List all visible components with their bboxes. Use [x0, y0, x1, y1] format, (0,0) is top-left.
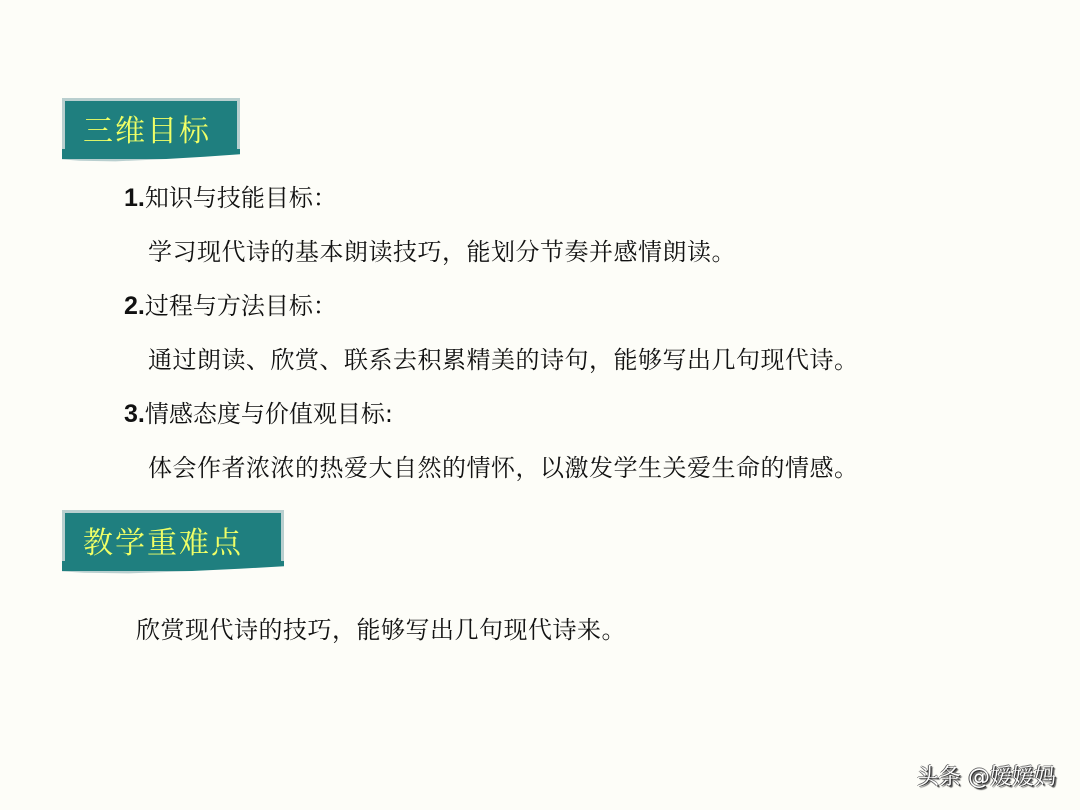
objective-number: 1.	[124, 184, 145, 212]
objective-number: 3.	[124, 400, 145, 428]
section-badge-key-points: 教学重难点	[62, 510, 284, 566]
objective-number: 2.	[124, 292, 145, 320]
objective-heading-3: 3.情感态度与价值观目标:	[124, 394, 393, 429]
badge-label: 三维目标	[83, 106, 211, 150]
objective-title: 情感态度与价值观目标:	[145, 400, 393, 428]
objective-description-1: 学习现代诗的基本朗读技巧，能划分节奏并感情朗读。	[148, 232, 736, 267]
objective-heading-1: 1.知识与技能目标：	[124, 178, 337, 213]
section-badge-objectives: 三维目标	[62, 98, 240, 154]
objective-title: 过程与方法目标：	[145, 292, 337, 320]
objective-description-3: 体会作者浓浓的热爱大自然的情怀，以激发学生关爱生命的情感。	[148, 448, 859, 483]
key-points-text: 欣赏现代诗的技巧，能够写出几句现代诗来。	[136, 610, 626, 645]
objective-heading-2: 2.过程与方法目标：	[124, 286, 337, 321]
watermark: 头条 @嫒嫒妈	[917, 760, 1056, 791]
badge-label: 教学重难点	[83, 518, 243, 562]
objective-title: 知识与技能目标：	[145, 184, 337, 212]
objective-description-2: 通过朗读、欣赏、联系去积累精美的诗句，能够写出几句现代诗。	[148, 340, 859, 375]
